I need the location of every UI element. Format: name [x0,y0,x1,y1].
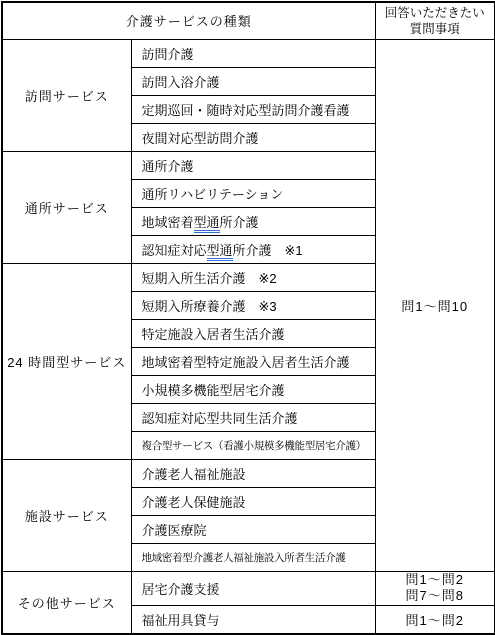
service-cell: 訪問入浴介護 [131,67,375,95]
service-cell: 小規模多機能型居宅介護 [131,375,375,403]
header-questions: 回答いただきたい 質問事項 [375,2,495,39]
header-questions-line2: 質問事項 [376,21,495,37]
care-services-table: 介護サービスの種類 回答いただきたい 質問事項 訪問サービス 訪問介護 問1～問… [1,1,495,635]
category-day-services: 通所サービス [2,151,131,263]
service-text-suffix: 所介護 [220,215,259,230]
service-cell: 介護老人福祉施設 [131,459,375,487]
service-cell: 訪問介護 [131,39,375,67]
service-cell: 認知症対応型通所介護 ※1 [131,235,375,263]
grammar-underline-mark: 型通 [207,243,233,261]
category-24hour-services: 24 時間型サービス [2,263,131,459]
service-text-prefix: 地域密着 [142,215,194,230]
service-cell: 夜間対応型訪問介護 [131,123,375,151]
service-cell: 介護医療院 [131,515,375,543]
service-cell: 定期巡回・随時対応型訪問介護看護 [131,95,375,123]
service-text-suffix: 所介護 ※1 [233,243,303,258]
table-row: 訪問サービス 訪問介護 問1～問10 [2,39,495,67]
service-cell: 認知症対応型共同生活介護 [131,403,375,431]
service-text-prefix: 認知症対応 [142,243,207,258]
service-cell: 特定施設入居者生活介護 [131,319,375,347]
service-cell: 地域密着型通所介護 [131,207,375,235]
questions-kyotaku-cell: 問1～問2 問7～問8 [375,571,495,606]
category-facility-services: 施設サービス [2,459,131,571]
grammar-underline-mark: 型通 [194,215,220,233]
service-cell: 福祉用具貸与 [131,606,375,634]
service-cell: 居宅介護支援 [131,571,375,606]
service-cell: 複合型サービス（看護小規模多機能型居宅介護） [131,431,375,459]
service-cell: 短期入所生活介護 ※2 [131,263,375,291]
questions-fukushi-cell: 問1～問2 [375,606,495,634]
header-questions-line1: 回答いただきたい [376,5,495,21]
service-cell: 介護老人保健施設 [131,487,375,515]
service-cell: 地域密着型特定施設入居者生活介護 [131,347,375,375]
service-cell: 地域密着型介護老人福祉施設入所者生活介護 [131,543,375,571]
table-row: その他サービス 居宅介護支援 問1～問2 問7～問8 [2,571,495,606]
service-cell: 通所リハビリテーション [131,179,375,207]
questions-kyotaku-line2: 問7～問8 [376,588,495,605]
questions-main-cell: 問1～問10 [375,39,495,571]
category-other-services: その他サービス [2,571,131,634]
service-cell: 通所介護 [131,151,375,179]
table-header-row: 介護サービスの種類 回答いただきたい 質問事項 [2,2,495,39]
category-visit-services: 訪問サービス [2,39,131,151]
header-care-service-types: 介護サービスの種類 [2,2,375,39]
service-cell: 短期入所療養介護 ※3 [131,291,375,319]
questions-kyotaku-line1: 問1～問2 [376,572,495,589]
